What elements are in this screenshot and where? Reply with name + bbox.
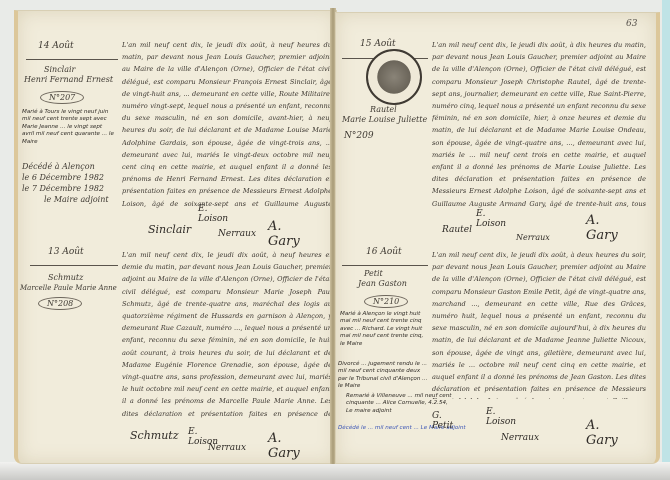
margin-date: 14 Août	[38, 41, 74, 51]
signature: Nerraux	[218, 229, 256, 239]
entry-number: N°208	[38, 297, 82, 310]
page-number: 63	[626, 19, 637, 29]
margin-date: 13 Août	[48, 247, 84, 257]
margin-marriage-note: Marié à Alençon le vingt huit mai mil ne…	[340, 311, 428, 348]
divider	[26, 59, 118, 60]
background-strip	[662, 0, 670, 480]
margin-date: 15 Août	[360, 39, 396, 49]
margin-death-note: Décédé à Alençon le 6 Décembre 1982 le 7…	[22, 161, 109, 205]
margin-surname: Sinclair	[44, 65, 75, 75]
margin-surname: Schmutz	[48, 273, 83, 283]
right-page: 63 15 Août Rautel Marie Louise Juliette …	[335, 12, 660, 464]
signature: A. Gary	[268, 431, 300, 461]
signature: G. Petit	[432, 411, 453, 431]
signature: Rautel	[442, 225, 472, 235]
signature: Nerraux	[516, 233, 550, 242]
divider	[30, 265, 118, 266]
signature: A. Gary	[586, 213, 618, 243]
margin-surname: Petit	[364, 269, 383, 279]
signature: Nerraux	[501, 433, 539, 443]
entry-body: L'an mil neuf cent dix, le jeudi dix aoû…	[432, 249, 646, 399]
entry-body: L'an mil neuf cent dix, le jeudi dix aoû…	[432, 39, 646, 211]
signature: E. Loison	[486, 407, 516, 427]
margin-given-names: Jean Gaston	[358, 279, 407, 289]
entry-number: N°210	[364, 295, 408, 308]
entry-body: L'an mil neuf cent dix, le jeudi dix aoû…	[122, 39, 332, 209]
signature: A. Gary	[586, 418, 618, 448]
entry-body: L'an mil neuf cent dix, le jeudi dix aoû…	[122, 249, 332, 421]
scan-shadow	[0, 462, 670, 480]
margin-divorce-note: Divorcé ... jugement rendu le ... mil ne…	[338, 361, 430, 391]
margin-surname: Rautel	[370, 105, 397, 115]
margin-death-note-blue: Décédé le ... mil neuf cent ... Le Maire…	[338, 425, 478, 432]
signature: Schmutz	[130, 429, 179, 442]
divider	[342, 265, 428, 266]
signature: Sinclair	[148, 223, 191, 236]
signature: Nerraux	[208, 443, 246, 453]
left-page: 14 Août Sinclair Henri Fernand Ernest N°…	[14, 10, 337, 464]
entry-number: N°207	[40, 91, 84, 104]
signature: E. Loison	[198, 204, 228, 224]
margin-given-names: Marcelle Paule Marie Anne	[20, 283, 117, 293]
signature: E. Loison	[476, 209, 506, 229]
entry-number: N°209	[344, 131, 374, 141]
margin-date: 16 Août	[366, 247, 402, 257]
margin-given-names: Marie Louise Juliette	[342, 115, 427, 125]
margin-given-names: Henri Fernand Ernest	[24, 75, 113, 85]
republic-seal-icon	[366, 49, 422, 105]
margin-marriage-note: Marié à Tours le vingt neuf juin mil neu…	[22, 109, 114, 146]
signature: A. Gary	[268, 219, 300, 249]
